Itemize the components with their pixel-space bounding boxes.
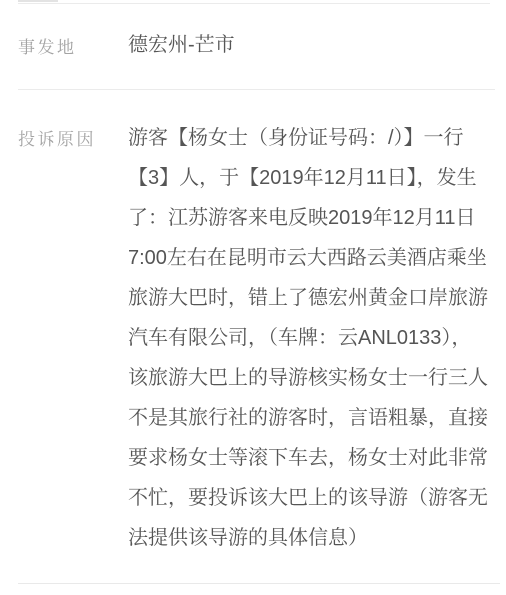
location-field-value: 德宏州-芒市 xyxy=(128,33,235,58)
reason-field-label: 投诉原因 xyxy=(18,129,96,150)
reason-field-value: 游客【杨女士（身份证号码：/）】一行 【3】人，于【2019年12月11日】，发… xyxy=(128,118,504,558)
complaint-detail-page: 事发地 德宏州-芒市 投诉原因 游客【杨女士（身份证号码：/）】一行 【3】人，… xyxy=(0,0,506,595)
divider-bottom xyxy=(18,583,500,584)
divider-top xyxy=(18,3,490,4)
cutoff-content-remnant xyxy=(18,0,58,2)
location-field-label: 事发地 xyxy=(18,37,77,58)
divider-middle xyxy=(18,89,495,90)
